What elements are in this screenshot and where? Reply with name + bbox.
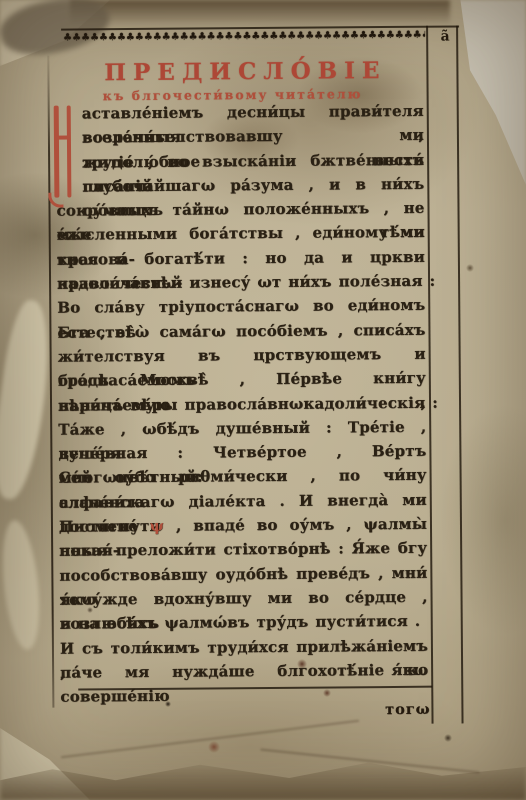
body-text-line: кадоли́честѣй изнесу́ ωт ни́хъ поле́зная…: [57, 269, 425, 296]
body-text-line: Писмене́ ψ , впаде́ во оу́мъ , ψалмы̀ по…: [59, 512, 427, 539]
body-text-line: тися и богатѣ́ти : но да и цркви правосл…: [57, 245, 425, 272]
body-text-line: вѣне́цъ вѣ́ры правосла́внωкадоли́ческія …: [58, 390, 426, 417]
body-text-line: глубоча́йшагω ра́зума , и в ни́хъ оу́мны…: [56, 172, 424, 199]
line-segment: Писмене́: [59, 517, 150, 536]
body-text-line: гра́дѣ Москвѣ̀ , Пе́рвѣе кни́гу нарича́е…: [58, 366, 426, 393]
body-text-line: душе́вная : Четве́ртое , Ве́ртъ многωцвѣ…: [58, 439, 426, 466]
body-text-line: славе́нскагω діале́кта . И внегда̀ ми до…: [59, 487, 427, 514]
body-text-line: житіе́ , во взыска́ніи бжтве́нныхъ писа́…: [56, 147, 424, 174]
body-text-line: возрачи́телствовавшу ми трудолю́бное вес…: [56, 123, 424, 150]
body-text-line: Се́й оу́бо риθми́чески , по чи́ну алфави…: [59, 463, 427, 490]
quire-signature-mark: а̃: [434, 28, 456, 44]
catchword: тогω: [332, 701, 430, 719]
body-text-line: пособствова́вшу оудо́бнѣ преве́дъ , мни́…: [59, 560, 427, 587]
body-text-block: аставле́ніемъ десни́цы прави́теля вселе́…: [56, 99, 429, 685]
body-text-line: и на всѣ́хъ ψалмώвъ тру́дъ пусти́тися .: [60, 609, 428, 636]
body-text-line: И съ толи́кимъ труди́хся прилѣжа́ніемъ ,…: [60, 633, 428, 660]
body-text-line: Во сла́ву тріупоста́снагω во еди́номъ ес…: [57, 293, 425, 320]
body-text-line: Та́же , ωбѣ́дъ душе́вный : Тре́тіе , веч…: [58, 415, 426, 442]
rubricated-letter: ψ: [150, 517, 164, 535]
body-text-line: мы́сленными бога́тствы , еди́ному ми кра…: [57, 220, 425, 247]
body-text-line: Бга , егὼ сама́гω посо́біемъ , списа́хъ: [57, 317, 425, 344]
body-text-line: нныя преложи́ти стіхотво́рнѣ : Я́же бгу: [59, 536, 427, 563]
body-text-line: аставле́ніемъ десни́цы прави́теля вселе́…: [56, 99, 424, 126]
printed-page-area: ♣♣♣♣♣♣♣♣♣♣♣♣♣♣♣♣♣♣♣♣♣♣♣♣♣♣♣♣♣♣♣♣♣♣♣♣♣♣♣♣…: [0, 0, 526, 800]
body-text-line: жи́телствуя въ црствующемъ и бгоспаса́ем…: [58, 342, 426, 369]
headpiece-ornament-band: ♣♣♣♣♣♣♣♣♣♣♣♣♣♣♣♣♣♣♣♣♣♣♣♣♣♣♣♣♣♣♣♣♣♣♣♣♣♣♣♣…: [63, 29, 425, 47]
body-text-line: тому́жде вдохну́вшу ми во се́рдце , возл…: [59, 585, 427, 612]
right-outer-border-rule: [456, 25, 463, 723]
preface-title: ПРЕДИСЛО́ВІЕ: [67, 57, 423, 87]
body-text-line: сокро́вищъ та́йнω положе́нныхъ , не е́же…: [56, 196, 424, 223]
body-text-line: па́че мя нужда́ше блгохотѣ́ніе ко соверш…: [60, 658, 428, 685]
